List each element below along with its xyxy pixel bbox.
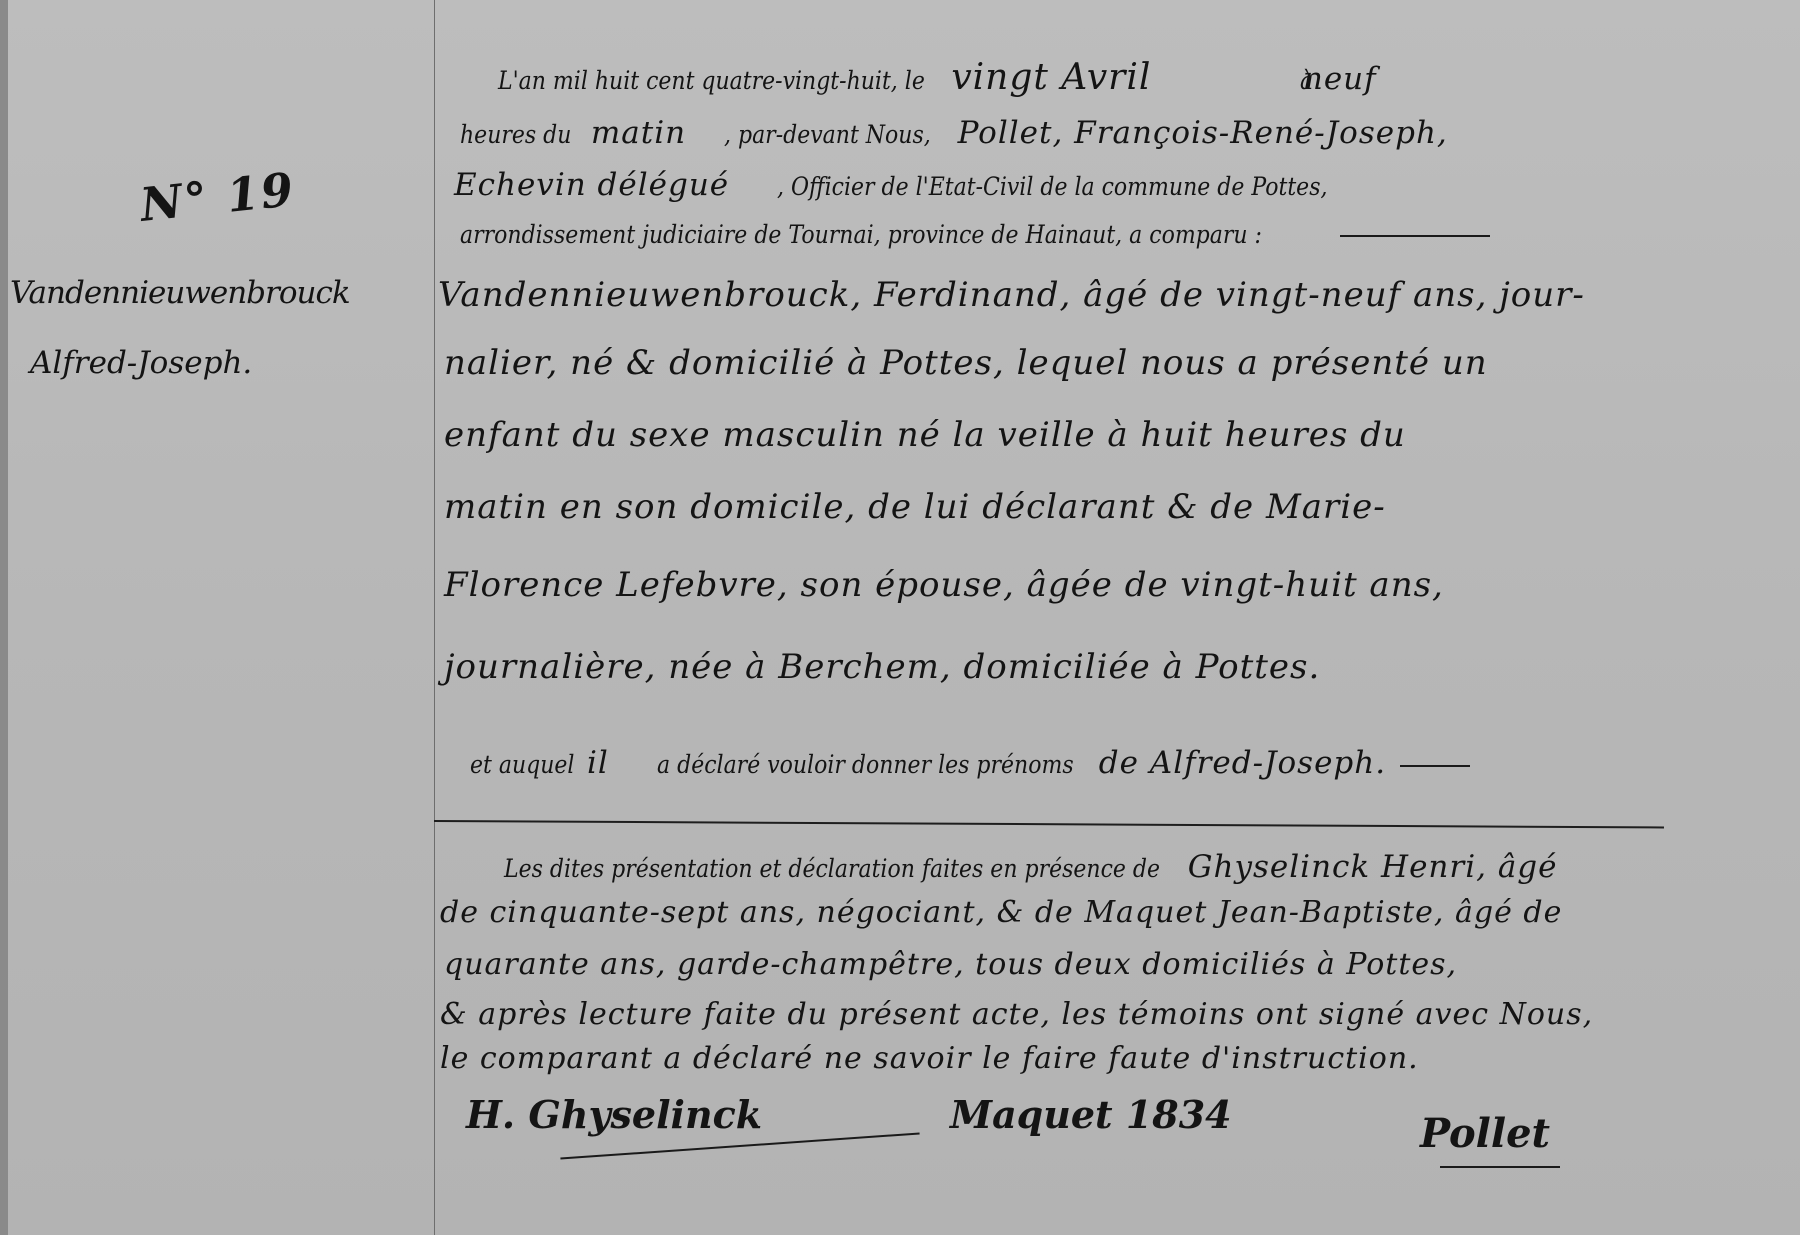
body-line-3: Echevin délégué , Officier de l'Etat-Civ… bbox=[454, 170, 1403, 201]
handwritten-time: matin bbox=[591, 115, 686, 151]
fill-line bbox=[1340, 235, 1490, 237]
witness-line-3: quarante ans, garde-champêtre, tous deux… bbox=[444, 950, 1457, 980]
printed-text: et auquel bbox=[470, 752, 574, 777]
body-line-8: matin en son domicile, de lui déclarant … bbox=[444, 490, 1386, 524]
margin-given-names: Alfred-Joseph. bbox=[30, 345, 252, 381]
acte-number: N° 19 bbox=[138, 162, 298, 232]
witness-line-2: de cinquante-sept ans, négociant, & de M… bbox=[440, 898, 1562, 928]
margin-rule bbox=[434, 0, 435, 1235]
fill-line bbox=[1400, 765, 1470, 767]
body-line-11: et auquel il a déclaré vouloir donner le… bbox=[470, 748, 1470, 779]
body-line-5: Vandennieuwenbrouck, Ferdinand, âgé de v… bbox=[438, 278, 1585, 312]
section-divider bbox=[434, 820, 1664, 828]
body-line-10: journalière, née à Berchem, domiciliée à… bbox=[444, 650, 1320, 684]
signature-witness-1: H. Ghyselinck bbox=[466, 1092, 762, 1137]
signature-flourish bbox=[1440, 1166, 1560, 1168]
body-line-1: L'an mil huit cent quatre-vingt-huit, le… bbox=[498, 60, 1377, 96]
printed-text: L'an mil huit cent quatre-vingt-huit, le bbox=[498, 68, 925, 93]
printed-text: Les dites présentation et déclaration fa… bbox=[504, 856, 1160, 881]
printed-text: a déclaré vouloir donner les prénoms bbox=[657, 752, 1074, 777]
handwritten-pronoun: il bbox=[587, 745, 609, 781]
handwritten-given-names: de Alfred-Joseph. bbox=[1099, 745, 1386, 781]
handwritten-witness-name: Ghyselinck Henri, âgé bbox=[1188, 849, 1558, 885]
witness-line-5: le comparant a déclaré ne savoir le fair… bbox=[440, 1044, 1419, 1074]
body-line-9: Florence Lefebvre, son épouse, âgée de v… bbox=[444, 568, 1444, 602]
document-page: N° 19 Vandennieuwenbrouck Alfred-Joseph.… bbox=[0, 0, 1800, 1235]
handwritten-hour: neuf bbox=[1303, 61, 1377, 97]
body-line-6: nalier, né & domicilié à Pottes, lequel … bbox=[444, 346, 1488, 380]
handwritten-officer-name: Pollet, François-René-Joseph, bbox=[958, 115, 1448, 151]
margin-column: N° 19 Vandennieuwenbrouck Alfred-Joseph. bbox=[0, 0, 434, 1235]
signature-witness-2: Maquet 1834 bbox=[950, 1092, 1232, 1137]
printed-text: heures du bbox=[460, 122, 571, 147]
witness-line-4: & après lecture faite du présent acte, l… bbox=[440, 1000, 1593, 1030]
handwritten-title: Echevin délégué bbox=[454, 167, 729, 203]
printed-text: , par-devant Nous, bbox=[724, 122, 931, 147]
signature-officer: Pollet bbox=[1420, 1110, 1550, 1157]
printed-text: arrondissement judiciaire de Tournai, pr… bbox=[460, 222, 1262, 247]
handwritten-date: vingt Avril bbox=[951, 57, 1151, 98]
printed-text: , Officier de l'Etat-Civil de la commune… bbox=[777, 174, 1327, 199]
body-line-4: arrondissement judiciaire de Tournai, pr… bbox=[460, 222, 1490, 248]
printed-text: à bbox=[1300, 68, 1313, 93]
witness-line-1: Les dites présentation et déclaration fa… bbox=[504, 852, 1558, 883]
margin-surname: Vandennieuwenbrouck bbox=[10, 275, 350, 311]
body-line-7: enfant du sexe masculin né la veille à h… bbox=[444, 418, 1406, 452]
body-line-2: heures du matin , par-devant Nous, Polle… bbox=[460, 118, 1448, 149]
